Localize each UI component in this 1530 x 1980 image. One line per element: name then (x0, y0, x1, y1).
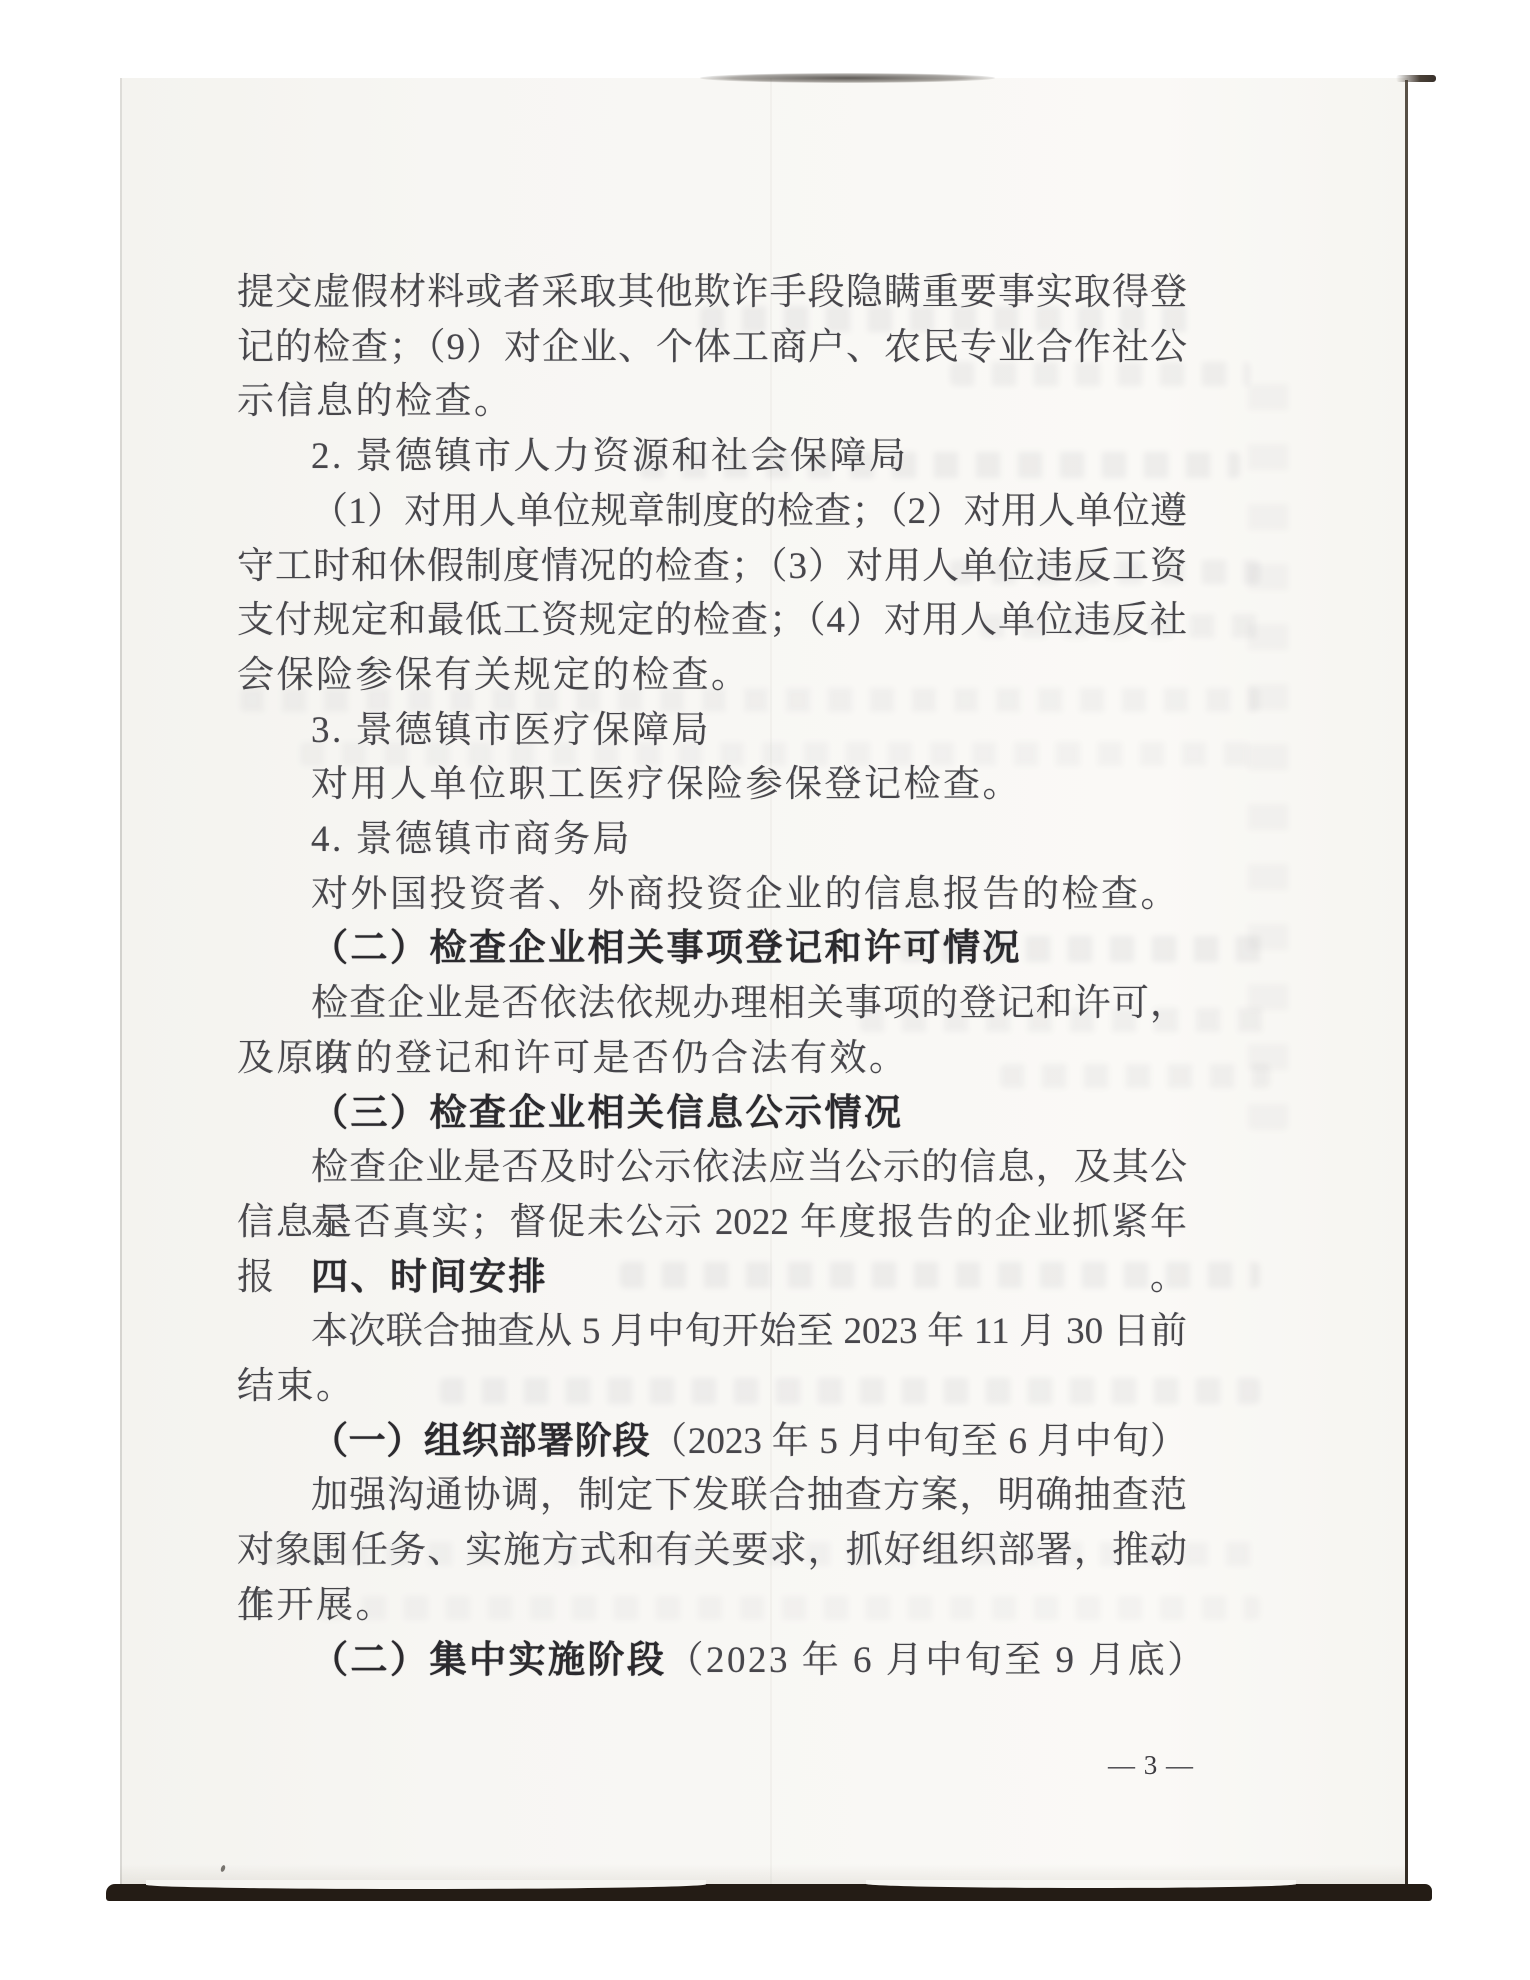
text-line: 守工时和休假制度情况的检查；（3）对用人单位违反工资 (237, 539, 1187, 594)
text-line: 作开展。 (237, 1578, 1187, 1633)
text-line: 对外国投资者、外商投资企业的信息报告的检查。 (237, 867, 1187, 922)
text-segment: （1）对用人单位规章制度的检查；（2）对用人单位遵 (311, 491, 1187, 532)
text-line: 及原有的登记和许可是否仍合法有效。 (237, 1031, 1187, 1086)
text-line: 结束。 (237, 1359, 1187, 1414)
text-line: 记的检查；（9）对企业、个体工商户、农民专业合作社公 (237, 320, 1187, 375)
text-line: 信息是否真实；督促未公示 2022 年度报告的企业抓紧年报。 (237, 1195, 1187, 1250)
text-line: （三）检查企业相关信息公示情况 (237, 1086, 1187, 1141)
text-segment: 本次联合抽查从 5 月中旬开始至 2023 年 11 月 30 日前 (311, 1311, 1187, 1352)
page-number: — 3 — (1108, 1750, 1228, 1781)
text-line: 提交虚假材料或者采取其他欺诈手段隐瞒重要事实取得登 (237, 265, 1187, 320)
heading-segment: （二）集中实施阶段 (311, 1640, 667, 1681)
text-line: （二）检查企业相关事项登记和许可情况 (237, 921, 1187, 976)
text-line: （一）组织部署阶段（2023 年 5 月中旬至 6 月中旬） (237, 1414, 1187, 1469)
scan-right-edge (1405, 80, 1408, 1890)
text-segment: 守工时和休假制度情况的检查；（3）对用人单位违反工资 (237, 546, 1187, 587)
text-line: （二）集中实施阶段（2023 年 6 月中旬至 9 月底） (237, 1633, 1187, 1688)
text-line: 3. 景德镇市医疗保障局 (237, 703, 1187, 758)
heading-segment: （二）检查企业相关事项登记和许可情况 (311, 928, 1022, 969)
text-segment: 作开展。 (237, 1585, 395, 1626)
text-line: 加强沟通协调，制定下发联合抽查方案，明确抽查范围、 (237, 1468, 1187, 1523)
text-segment: 4. 景德镇市商务局 (311, 819, 632, 860)
text-segment: 对外国投资者、外商投资企业的信息报告的检查。 (311, 874, 1180, 915)
heading-segment: （三）检查企业相关信息公示情况 (311, 1093, 904, 1134)
text-line: 4. 景德镇市商务局 (237, 812, 1187, 867)
text-segment: 支付规定和最低工资规定的检查；（4）对用人单位违反社 (237, 600, 1187, 641)
text-line: 本次联合抽查从 5 月中旬开始至 2023 年 11 月 30 日前 (237, 1304, 1187, 1359)
text-line: 对象、任务、实施方式和有关要求，抓好组织部署，推动工 (237, 1523, 1187, 1578)
text-line: 示信息的检查。 (237, 374, 1187, 429)
text-segment: （2023 年 6 月中旬至 9 月底） (667, 1640, 1207, 1681)
text-segment: 结束。 (237, 1366, 356, 1407)
scan-top-shadow (700, 73, 995, 83)
text-segment: 及原有的登记和许可是否仍合法有效。 (237, 1038, 909, 1079)
text-segment: 提交虚假材料或者采取其他欺诈手段隐瞒重要事实取得登 (237, 272, 1187, 313)
document-lines: 提交虚假材料或者采取其他欺诈手段隐瞒重要事实取得登记的检查；（9）对企业、个体工… (0, 0, 1530, 1980)
text-segment: 对用人单位职工医疗保险参保登记检查。 (311, 764, 1022, 805)
text-line: 检查企业是否依法依规办理相关事项的登记和许可，以 (237, 976, 1187, 1031)
text-segment: 2. 景德镇市人力资源和社会保障局 (311, 436, 909, 477)
text-segment: 示信息的检查。 (237, 381, 514, 422)
text-segment: 会保险参保有关规定的检查。 (237, 655, 751, 696)
text-line: 对用人单位职工医疗保险参保登记检查。 (237, 757, 1187, 812)
text-line: 支付规定和最低工资规定的检查；（4）对用人单位违反社 (237, 593, 1187, 648)
text-line: 会保险参保有关规定的检查。 (237, 648, 1187, 703)
heading-segment: （一）组织部署阶段 (311, 1421, 650, 1462)
heading-segment: 四、时间安排 (311, 1257, 548, 1298)
scan-top-corner-shadow (1396, 75, 1436, 82)
text-line: （1）对用人单位规章制度的检查；（2）对用人单位遵 (237, 484, 1187, 539)
text-segment: （2023 年 5 月中旬至 6 月中旬） (650, 1421, 1187, 1462)
text-segment: 记的检查；（9）对企业、个体工商户、农民专业合作社公 (237, 327, 1187, 368)
text-line: 检查企业是否及时公示依法应当公示的信息，及其公示 (237, 1140, 1187, 1195)
text-segment: 3. 景德镇市医疗保障局 (311, 710, 711, 751)
text-line: 2. 景德镇市人力资源和社会保障局 (237, 429, 1187, 484)
scan-bottom-edge (106, 1884, 1432, 1901)
text-line: 四、时间安排 (237, 1250, 1187, 1305)
